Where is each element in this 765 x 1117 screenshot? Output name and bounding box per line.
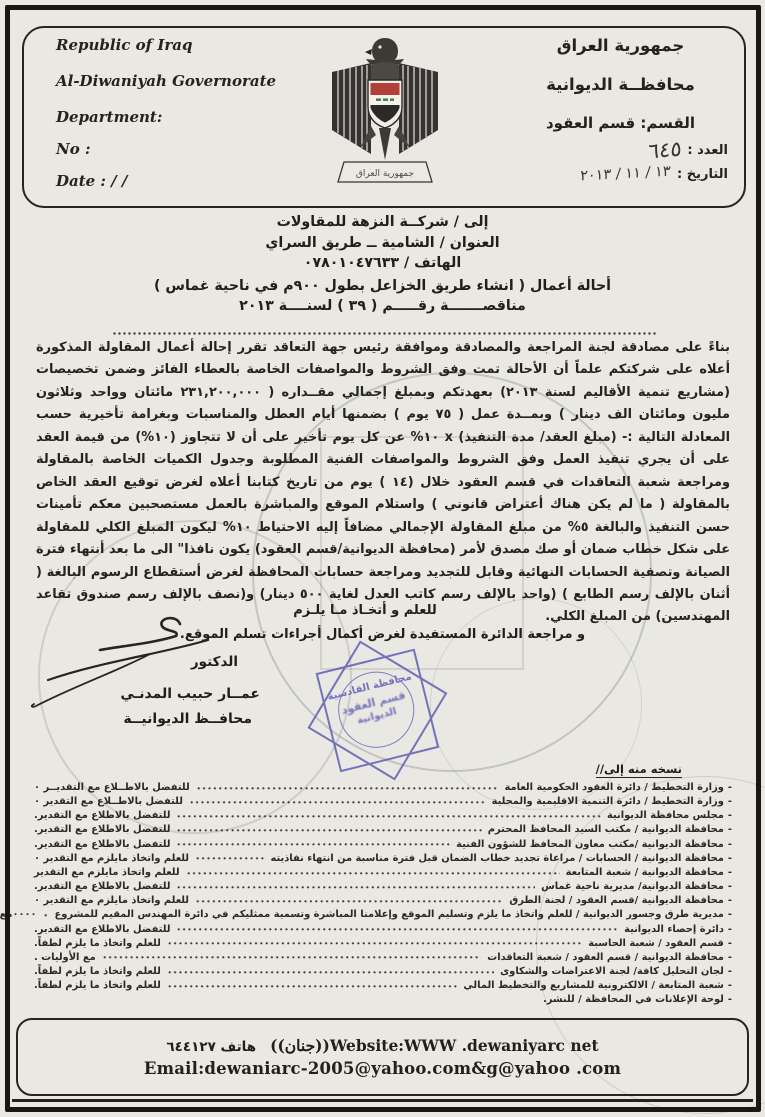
- item-dash: -: [728, 823, 732, 837]
- item-action: للعلم واتخاذ مايلزم مع التقدير: [34, 866, 180, 880]
- item-dash: -: [728, 781, 732, 795]
- item-dash: -: [728, 979, 732, 993]
- item-recipient: شعبة المتابعة / الالكترونية للمشاريع وال…: [463, 979, 723, 993]
- emblem-banner-text: جمهورية العراق: [356, 169, 414, 179]
- date-value-handwritten: ١٣ / ١١ / ٢٠١٣: [580, 164, 671, 185]
- subject-line-2: مناقصـــــــة رقـــــم ( ٣٩ ) لسنــــة ٢…: [0, 296, 765, 317]
- item-recipient: محافظة الديوانية / قسم العقود / شعبة الت…: [487, 951, 724, 965]
- distribution-heading: نسخه منه إلى//: [596, 762, 682, 778]
- item-recipient: دائرة إحصاء الديوانية: [624, 923, 724, 937]
- signer-title: الدكتور: [191, 654, 238, 670]
- item-action: للعلم واتخاذ ما يلزم لطفاً.: [34, 965, 161, 979]
- distribution-item: -مديرية طرق وجسور الديوانية / للعلم واتخ…: [34, 908, 738, 922]
- item-action: للتفضل بالاطــلاع مع التقديــر ٠: [34, 781, 190, 795]
- dotted-leader: [176, 814, 601, 819]
- item-recipient: محافظة الديوانية / شعبة المتابعة: [566, 866, 724, 880]
- date-label-en: Date : / /: [56, 174, 276, 189]
- item-dash: -: [728, 923, 732, 937]
- distribution-item: -لجان التحليل كافة/ لجنة الاعتراضات والش…: [34, 965, 738, 979]
- distribution-list: -وزارة التخطيط / دائرة العقود الحكومية ا…: [34, 781, 738, 1008]
- number-row: العدد : ٦٤٥: [513, 138, 728, 162]
- item-dash: -: [728, 852, 732, 866]
- page-border-bottom-line: [12, 1099, 753, 1102]
- item-action: للعلم واتخاذ مايلزم مع التقدير ٠: [34, 852, 189, 866]
- item-recipient: مجلس محافظة الديوانية: [607, 809, 724, 823]
- item-dash: -: [728, 795, 732, 809]
- dotted-leader: [186, 871, 560, 876]
- item-dash: -: [728, 809, 732, 823]
- footer-email: Email:dewaniarc-2005@yahoo.com&g@yahoo .…: [144, 1059, 621, 1078]
- item-recipient: لوحة الإعلانات في المحافظة / للنشر.: [543, 993, 724, 1007]
- department-label-en: Department:: [56, 110, 276, 125]
- letterhead-english: Republic of Iraq Al-Diwaniyah Governorat…: [56, 38, 276, 210]
- item-action: للتفضل بالاطــلاع مع التقدير ٠: [34, 795, 183, 809]
- footer-website: ((جنان))Website:WWW .dewaniyarc net: [270, 1036, 599, 1055]
- item-recipient: وزارة التخطيط / دائرة التنمية الاقليمية …: [492, 795, 724, 809]
- number-label-en: No :: [56, 142, 276, 157]
- item-recipient: محافظة الديوانية / الحسابات / مراعاة تجد…: [271, 852, 724, 866]
- item-action: للتفضل بالاطلاع مع التقدير.: [34, 923, 170, 937]
- department-line-ar: القسم: قسم العقود: [513, 114, 728, 132]
- iraq-coat-of-arms-emblem: جمهورية العراق: [326, 34, 444, 198]
- dotted-leader: [167, 941, 582, 946]
- distribution-item: -مجلس محافظة الديوانيةللتفضل بالاطلاع مع…: [34, 809, 738, 823]
- recipient-address-line: العنوان / الشامية ــ طريق السراي: [0, 233, 765, 254]
- number-value-handwritten: ٦٤٥: [647, 136, 682, 163]
- item-dash: -: [728, 937, 732, 951]
- item-dash: -: [728, 993, 732, 1007]
- distribution-item: -محافظة الديوانية /مكتب معاون المحافظ لل…: [34, 838, 738, 852]
- item-action: للتفضل بالاطلاع مع التقدير.: [34, 880, 170, 894]
- date-label-ar: التاريخ :: [677, 167, 728, 182]
- dotted-leader: [176, 885, 535, 890]
- item-action: للعلم واتخاذ مايلزم مع التقدير ٠: [34, 894, 189, 908]
- dotted-leader: [195, 899, 503, 904]
- dotted-leader: [102, 955, 482, 960]
- scanned-letter-page: Republic of Iraq Al-Diwaniyah Governorat…: [0, 0, 765, 1117]
- dotted-leader: [167, 984, 458, 989]
- distribution-item: -محافظة الديوانية / شعبة المتابعةللعلم و…: [34, 866, 738, 880]
- item-dash: -: [728, 908, 732, 922]
- item-action: للتفضل بالاطلاع مع التقدير.: [34, 838, 170, 852]
- dotted-leader: [176, 842, 450, 847]
- date-row: التاريخ : ١٣ / ١١ / ٢٠١٣: [513, 166, 728, 182]
- item-recipient: لجان التحليل كافة/ لجنة الاعتراضات والشك…: [500, 965, 724, 979]
- dotted-leader: [176, 828, 481, 833]
- item-action: ٠٠٠٠مع التقدير ٠: [0, 908, 37, 922]
- distribution-item: -محافظة الديوانية/ مديرية ناحية غماسللتف…: [34, 880, 738, 894]
- distribution-item: -محافظة الديوانية / مكتب السيد المحافظ ا…: [34, 823, 738, 837]
- item-action: للتفضل بالاطلاع مع التقدير.: [34, 823, 170, 837]
- item-recipient: محافظة الديوانية/ مديرية ناحية غماس: [541, 880, 724, 894]
- distribution-item: -محافظة الديوانية / قسم العقود / شعبة ال…: [34, 951, 738, 965]
- dotted-leader: [43, 913, 49, 918]
- distribution-item: -وزارة التخطيط / دائرة التنمية الاقليمية…: [34, 795, 738, 809]
- item-recipient: وزارة التخطيط / دائرة العقود الحكومية ال…: [505, 781, 724, 795]
- item-recipient: مديرية طرق وجسور الديوانية / للعلم واتخا…: [55, 908, 724, 922]
- signer-position: محافــظ الديوانيــة: [123, 711, 252, 727]
- governorate-name-ar: محافظــة الديوانية: [513, 75, 728, 94]
- item-recipient: محافظة الديوانية / مكتب السيد المحافظ ال…: [488, 823, 724, 837]
- distribution-item: -لوحة الإعلانات في المحافظة / للنشر.: [34, 993, 738, 1007]
- recipient-to-line: إلى / شركــة النزهة للمقاولات: [0, 212, 765, 233]
- item-dash: -: [728, 838, 732, 852]
- distribution-item: -محافظة الديوانية /قسم العقود / لجنة الط…: [34, 894, 738, 908]
- footer-email-line: Email:dewaniarc-2005@yahoo.com&g@yahoo .…: [144, 1059, 621, 1078]
- body-paragraph: بناءً على مصادقة لجنة المراجعة والمصادقة…: [36, 337, 730, 629]
- signer-name: عمــار حبيب المدنـي: [120, 686, 260, 702]
- item-dash: -: [728, 951, 732, 965]
- letterhead-box: Republic of Iraq Al-Diwaniyah Governorat…: [22, 26, 746, 208]
- item-action: للعلم واتخاذ ما يلزم لطفاً.: [34, 937, 161, 951]
- item-action: للتفضل بالاطلاع مع التقدير.: [34, 809, 170, 823]
- distribution-item: -دائرة إحصاء الديوانيةللتفضل بالاطلاع مع…: [34, 923, 738, 937]
- item-recipient: قسم العقود / شعبة الحاسبة: [588, 937, 724, 951]
- recipient-block: إلى / شركــة النزهة للمقاولات العنوان / …: [0, 212, 765, 317]
- item-recipient: محافظة الديوانية /قسم العقود / لجنة الطر…: [509, 894, 723, 908]
- dotted-leader: [176, 927, 618, 932]
- item-action: للعلم واتخاذ ما يلزم لطفاً.: [34, 979, 161, 993]
- footer-box: هاتف ٦٤٤١٢٧ ((جنان))Website:WWW .dewaniy…: [16, 1018, 749, 1096]
- dotted-leader: [167, 970, 494, 975]
- recipient-phone-line: الهاتف / ٠٧٨٠١٠٤٧٦٣٣: [0, 253, 765, 274]
- footer-phone: هاتف ٦٤٤١٢٧: [166, 1039, 256, 1055]
- distribution-item: -محافظة الديوانية / الحسابات / مراعاة تج…: [34, 852, 738, 866]
- footer-contact-line: هاتف ٦٤٤١٢٧ ((جنان))Website:WWW .dewaniy…: [166, 1036, 598, 1055]
- distribution-section: نسخه منه إلى// -وزارة التخطيط / دائرة ال…: [34, 758, 738, 1008]
- item-dash: -: [728, 880, 732, 894]
- distribution-item: -قسم العقود / شعبة الحاسبةللعلم واتخاذ م…: [34, 937, 738, 951]
- letterhead-arabic: جمهورية العراق محافظــة الديوانية القسم:…: [513, 36, 728, 182]
- country-name-en: Republic of Iraq: [56, 38, 276, 53]
- item-action: مع الأوليات .: [34, 951, 96, 965]
- item-dash: -: [728, 866, 732, 880]
- dotted-separator: [112, 331, 657, 336]
- subject-line-1: أحالة أعمال ( انشاء طريق الخزاعل بطول ٩٠…: [0, 276, 765, 297]
- number-label-ar: العدد :: [687, 143, 728, 158]
- dotted-leader: [195, 856, 264, 861]
- country-name-ar: جمهورية العراق: [513, 36, 728, 55]
- governorate-name-en: Al-Diwaniyah Governorate: [56, 74, 276, 89]
- item-recipient: محافظة الديوانية /مكتب معاون المحافظ للش…: [456, 838, 724, 852]
- item-dash: -: [728, 894, 732, 908]
- distribution-item: -شعبة المتابعة / الالكترونية للمشاريع وا…: [34, 979, 738, 993]
- item-dash: -: [728, 965, 732, 979]
- dotted-leader: [189, 800, 486, 805]
